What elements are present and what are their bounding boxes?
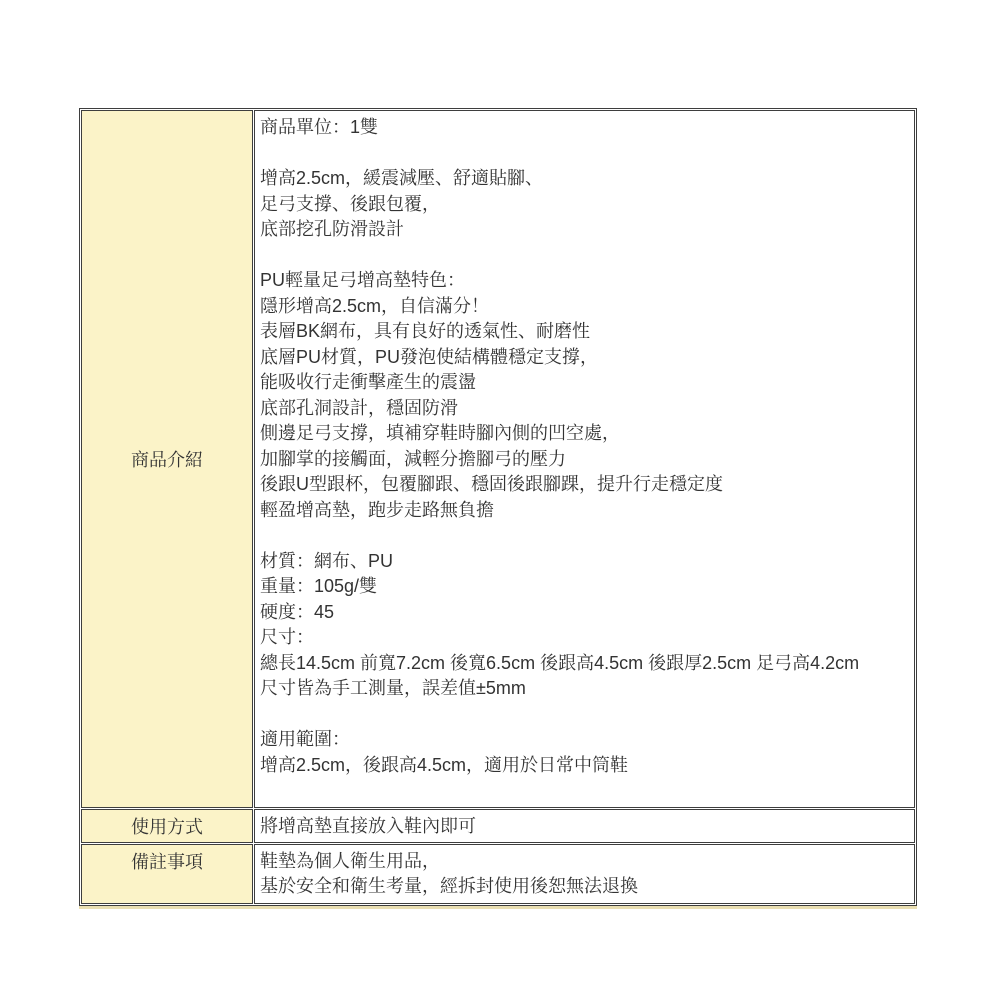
text-line <box>260 141 909 167</box>
page: 商品介紹 商品單位：1雙 增高2.5cm，緩震減壓、舒適貼腳、足弓支撐、後跟包覆… <box>0 0 1000 1000</box>
text-line: 基於安全和衛生考量，經拆封使用後恕無法退換 <box>260 874 909 900</box>
row-label-text: 商品介紹 <box>131 450 203 470</box>
text-line: 加腳掌的接觸面，減輕分擔腳弓的壓力 <box>260 447 909 473</box>
text-line: 總長14.5cm 前寬7.2cm 後寬6.5cm 後跟高4.5cm 後跟厚2.5… <box>260 651 909 677</box>
text-line: 表層BK網布，具有良好的透氣性、耐磨性 <box>260 319 909 345</box>
text-line: 尺寸皆為手工測量，誤差值±5mm <box>260 676 909 702</box>
product-spec-table: 商品介紹 商品單位：1雙 增高2.5cm，緩震減壓、舒適貼腳、足弓支撐、後跟包覆… <box>79 108 917 906</box>
text-line: 硬度：45 <box>260 600 909 626</box>
text-line <box>260 778 909 804</box>
row-label-usage: 使用方式 <box>81 809 253 843</box>
text-line: 商品單位：1雙 <box>260 115 909 141</box>
text-line: 隱形增高2.5cm，自信滿分！ <box>260 294 909 320</box>
table-bottom-shadow <box>79 906 917 909</box>
table-row-notes: 備註事項 鞋墊為個人衛生用品，基於安全和衛生考量，經拆封使用後恕無法退換 <box>81 844 915 904</box>
text-line: 尺寸： <box>260 625 909 651</box>
table-row-usage: 使用方式 將增高墊直接放入鞋內即可 <box>81 809 915 843</box>
text-line: 足弓支撐、後跟包覆， <box>260 192 909 218</box>
row-label-notes: 備註事項 <box>81 844 253 904</box>
text-line: 增高2.5cm，緩震減壓、舒適貼腳、 <box>260 166 909 192</box>
row-content-notes: 鞋墊為個人衛生用品，基於安全和衛生考量，經拆封使用後恕無法退換 <box>254 844 915 904</box>
text-line <box>260 523 909 549</box>
text-line <box>260 243 909 269</box>
row-label-text: 備註事項 <box>131 852 203 872</box>
table-row-product-intro: 商品介紹 商品單位：1雙 增高2.5cm，緩震減壓、舒適貼腳、足弓支撐、後跟包覆… <box>81 110 915 808</box>
text-line: 輕盈增高墊，跑步走路無負擔 <box>260 498 909 524</box>
row-label-product-intro: 商品介紹 <box>81 110 253 808</box>
row-label-text: 使用方式 <box>131 817 203 837</box>
text-line: 底部孔洞設計，穩固防滑 <box>260 396 909 422</box>
product-spec-table-wrap: 商品介紹 商品單位：1雙 增高2.5cm，緩震減壓、舒適貼腳、足弓支撐、後跟包覆… <box>79 108 917 909</box>
text-line: PU輕量足弓增高墊特色： <box>260 268 909 294</box>
row-content-usage: 將增高墊直接放入鞋內即可 <box>254 809 915 843</box>
text-line: 重量：105g/雙 <box>260 574 909 600</box>
text-line: 能吸收行走衝擊產生的震盪 <box>260 370 909 396</box>
text-line: 鞋墊為個人衛生用品， <box>260 849 909 875</box>
text-line: 增高2.5cm，後跟高4.5cm，適用於日常中筒鞋 <box>260 753 909 779</box>
text-line: 材質：網布、PU <box>260 549 909 575</box>
row-content-product-intro: 商品單位：1雙 增高2.5cm，緩震減壓、舒適貼腳、足弓支撐、後跟包覆，底部挖孔… <box>254 110 915 808</box>
text-line: 將增高墊直接放入鞋內即可 <box>260 814 909 839</box>
text-line: 後跟U型跟杯，包覆腳跟、穩固後跟腳踝，提升行走穩定度 <box>260 472 909 498</box>
text-line: 側邊足弓支撐，填補穿鞋時腳內側的凹空處， <box>260 421 909 447</box>
text-line: 底層PU材質，PU發泡使結構體穩定支撐， <box>260 345 909 371</box>
text-line: 底部挖孔防滑設計 <box>260 217 909 243</box>
text-line <box>260 702 909 728</box>
text-line: 適用範圍： <box>260 727 909 753</box>
